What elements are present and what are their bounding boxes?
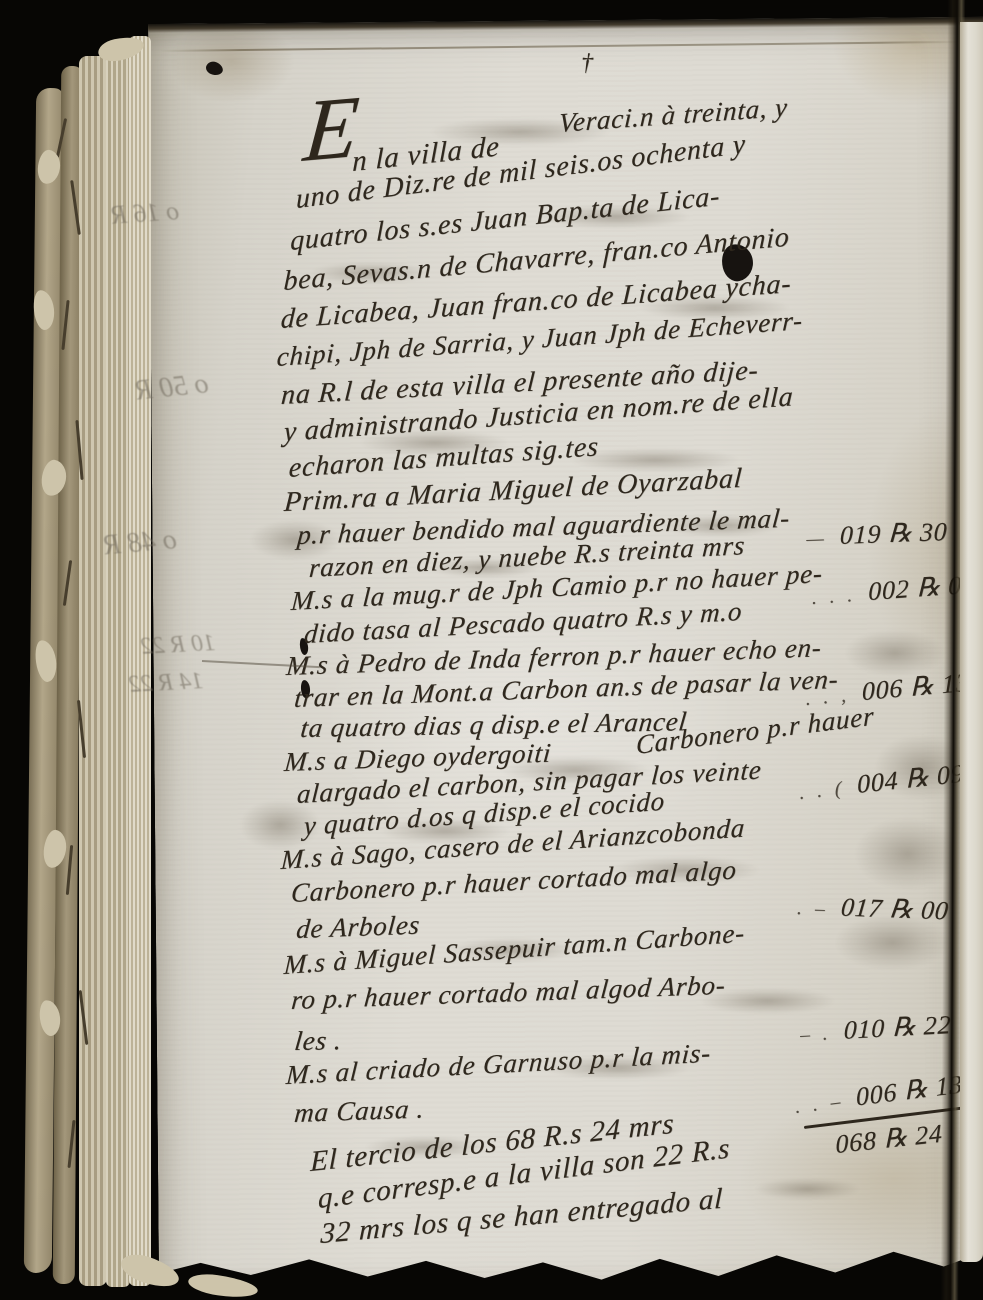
amount-leader-dots: . . .	[812, 585, 856, 610]
amount-leader-dots: . –	[796, 898, 830, 921]
amount-leader-dots: . . (	[799, 778, 846, 805]
handwriting-layer: †En la villa deVeraci.n à treinta, yuno …	[0, 0, 983, 1300]
amount-value: 019 ℞ 30	[839, 517, 948, 551]
fine-amount: – .010 ℞ 22	[800, 1010, 952, 1048]
manuscript-line: Veraci.n à treinta, y	[558, 92, 789, 139]
margin-ghost-number: o 48 R	[102, 524, 178, 562]
manuscript-line: ma Causa .	[293, 1093, 426, 1129]
margin-ghost-number: 10 R 22	[140, 630, 216, 661]
amount-leader-dots: – .	[800, 1023, 832, 1047]
amount-leader-dots: . . ,	[806, 685, 851, 711]
manuscript-line: de Arboles	[295, 910, 421, 945]
total-amount-value: 068 ℞ 24	[835, 1119, 943, 1160]
invocation-cross: †	[581, 50, 594, 77]
adjacent-page-edge	[960, 22, 983, 1262]
margin-ghost-number: o 50 R	[134, 368, 210, 407]
photo-background: †En la villa deVeraci.n à treinta, yuno …	[0, 0, 983, 1300]
amount-value: 010 ℞ 22	[843, 1010, 951, 1046]
amount-leader-dots: . . –	[795, 1091, 845, 1119]
manuscript-line: ro p.r hauer cortado mal algod Arbo-	[290, 970, 727, 1016]
manuscript-line: les .	[293, 1025, 344, 1057]
amount-value: 017 ℞ 00	[839, 893, 950, 927]
margin-ghost-number: 14 R 22	[128, 668, 204, 699]
margin-ghost-number: o 16 R	[110, 196, 180, 231]
fine-amount: . . (004 ℞ 09	[799, 759, 965, 806]
manuscript-line: M.s al criado de Garnuso p.r la mis-	[285, 1038, 712, 1091]
manuscript-line: ta quatro dias q disp.e el Arancel	[299, 706, 689, 744]
fine-amount: —019 ℞ 30	[806, 517, 948, 552]
amount-leader-dots: —	[806, 528, 828, 551]
fine-amount: . –017 ℞ 00	[796, 891, 950, 926]
